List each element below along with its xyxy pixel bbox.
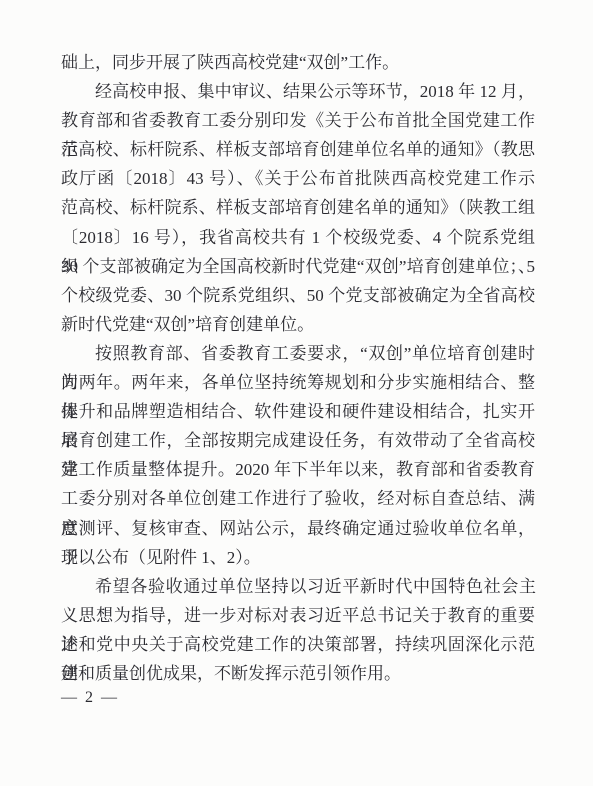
- document-text-line: 予以公布（见附件 1、2）。: [61, 543, 535, 572]
- document-text-line: 希望各验收通过单位坚持以习近平新时代中国特色社会主: [61, 572, 535, 601]
- document-text-line: 个校级党委、30 个院系党组织、50 个党支部被确定为全省高校: [61, 281, 535, 310]
- document-text-line: 建工作质量整体提升。2020 年下半年以来，教育部和省委教育: [61, 455, 535, 484]
- document-body: 础上，同步开展了陕西高校党建“双创”工作。经高校申报、集中审议、结果公示等环节，…: [61, 48, 535, 688]
- document-text-line: 述和党中央关于高校党建工作的决策部署，持续巩固深化示范创: [61, 630, 535, 659]
- document-text-line: 础上，同步开展了陕西高校党建“双创”工作。: [61, 48, 535, 77]
- document-text-line: 30 个支部被确定为全国高校新时代党建“双创”培育创建单位；5: [61, 252, 535, 281]
- document-text-line: 义思想为指导，进一步对标对表习近平总书记关于教育的重要论: [61, 601, 535, 630]
- document-text-line: 按照教育部、省委教育工委要求，“双创”单位培育创建时间: [61, 339, 535, 368]
- document-text-line: 〔2018〕16 号），我省高校共有 1 个校级党委、4 个院系党组织、: [61, 223, 535, 252]
- page-number: — 2 —: [61, 689, 119, 707]
- document-page: 础上，同步开展了陕西高校党建“双创”工作。经高校申报、集中审议、结果公示等环节，…: [0, 0, 593, 786]
- document-text-line: 为两年。两年来，各单位坚持统筹规划和分步实施相结合、整体: [61, 368, 535, 397]
- document-text-line: 提升和品牌塑造相结合、软件建设和硬件建设相结合，扎实开展: [61, 397, 535, 426]
- document-text-line: 教育部和省委教育工委分别印发《关于公布首批全国党建工作示: [61, 106, 535, 135]
- document-text-line: 工委分别对各单位创建工作进行了验收，经对标自查总结、满意: [61, 484, 535, 513]
- document-text-line: 范高校、标杆院系、样板支部培育创建单位名单的通知》（教思: [61, 135, 535, 164]
- document-text-line: 建和质量创优成果，不断发挥示范引领作用。: [61, 659, 535, 688]
- document-text-line: 政厅函〔2018〕43 号）、《关于公布首批陕西高校党建工作示: [61, 164, 535, 193]
- document-text-line: 培育创建工作，全部按期完成建设任务，有效带动了全省高校党: [61, 426, 535, 455]
- document-text-line: 范高校、标杆院系、样板支部培育创建名单的通知》（陕教工组: [61, 193, 535, 222]
- document-text-line: 度测评、复核审查、网站公示，最终确定通过验收单位名单，现: [61, 514, 535, 543]
- document-text-line: 经高校申报、集中审议、结果公示等环节，2018 年 12 月，: [61, 77, 535, 106]
- document-text-line: 新时代党建“双创”培育创建单位。: [61, 310, 535, 339]
